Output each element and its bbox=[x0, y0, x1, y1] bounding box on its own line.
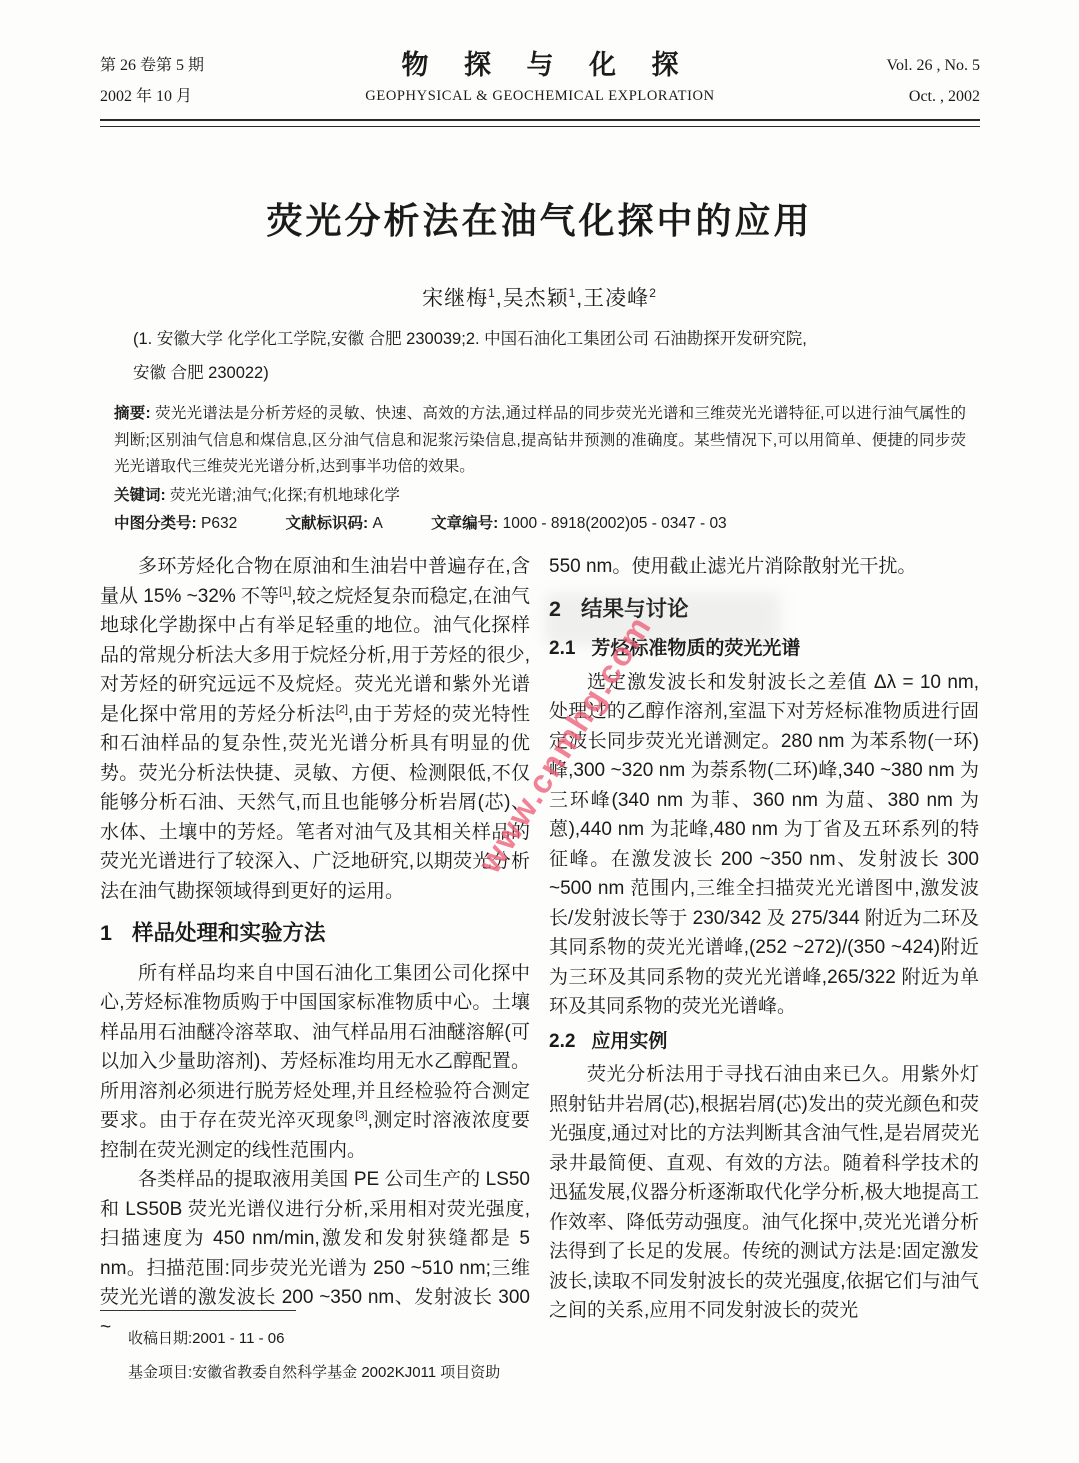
doc-code-value: A bbox=[372, 515, 382, 532]
received-value: 2001 - 11 - 06 bbox=[192, 1330, 284, 1347]
body-paragraph: 荧光分析法用于寻找石油由来已久。用紫外灯照射钻井岩屑(芯),根据岩屑(芯)发出的… bbox=[549, 1060, 979, 1326]
journal-title-cn: 物 探 与 化 探 bbox=[280, 50, 800, 80]
superscript-ref: 2 bbox=[649, 286, 657, 300]
issue-volume-cn: 第 26 卷第 5 期 bbox=[100, 50, 280, 81]
fund-line: 基金项目:安徽省教委自然科学基金 2002KJ011 项目资助 bbox=[128, 1356, 748, 1390]
clc-item: 中图分类号: P632 bbox=[114, 515, 237, 532]
subsection-heading: 2.2应用实例 bbox=[549, 1027, 979, 1057]
abstract-label: 摘要: bbox=[114, 405, 151, 422]
journal-title-block: 物 探 与 化 探 GEOPHYSICAL & GEOCHEMICAL EXPL… bbox=[280, 50, 800, 105]
clc-value: P632 bbox=[201, 515, 237, 532]
section-title: 结果与讨论 bbox=[581, 597, 689, 621]
text-run: 各类样品的提取液用美国 PE 公司生产的 LS50 和 LS50B 荧光光谱仪进… bbox=[100, 1169, 530, 1338]
abstract-paragraph: 摘要: 荧光光谱法是分析芳烃的灵敏、快速、高效的方法,通过样品的同步荧光光谱和三… bbox=[114, 401, 966, 481]
issue-date-en: Oct. , 2002 bbox=[800, 81, 980, 112]
body-columns: 多环芳烃化合物在原油和生油岩中普遍存在,含量从 15% ~32% 不等[1],较… bbox=[100, 552, 980, 1342]
paper-page: 第 26 卷第 5 期 2002 年 10 月 物 探 与 化 探 GEOPHY… bbox=[0, 0, 1079, 1463]
author-line: 宋继梅1,吴杰颖1,王凌峰2 bbox=[0, 282, 1079, 312]
footnotes: 收稿日期:2001 - 11 - 06 基金项目:安徽省教委自然科学基金 200… bbox=[128, 1322, 748, 1390]
fund-value: 安徽省教委自然科学基金 2002KJ011 项目资助 bbox=[192, 1364, 500, 1381]
section-title: 芳烃标准物质的荧光光谱 bbox=[591, 638, 800, 659]
subsection-heading: 2.1芳烃标准物质的荧光光谱 bbox=[549, 634, 979, 664]
body-paragraph: 多环芳烃化合物在原油和生油岩中普遍存在,含量从 15% ~32% 不等[1],较… bbox=[100, 552, 530, 906]
superscript-ref: 1 bbox=[488, 286, 496, 300]
section-number: 1 bbox=[100, 921, 112, 945]
meta-row: 中图分类号: P632 文献标识码: A 文章编号: 1000 - 8918(2… bbox=[114, 511, 966, 538]
received-label: 收稿日期: bbox=[128, 1330, 192, 1347]
section-heading: 2结果与讨论 bbox=[549, 595, 979, 625]
section-number: 2.2 bbox=[549, 1031, 575, 1052]
keywords-text: 荧光光谱;油气;化探;有机地球化学 bbox=[170, 487, 400, 504]
right-column: 550 nm。使用截止滤光片消除散射光干扰。2结果与讨论2.1芳烃标准物质的荧光… bbox=[549, 552, 979, 1342]
text-run: 选定激发波长和发射波长之差值 Δλ = 10 nm,处理过的乙醇作溶剂,室温下对… bbox=[549, 672, 979, 1018]
issue-info-en: Vol. 26 , No. 5 Oct. , 2002 bbox=[800, 50, 980, 112]
journal-header: 第 26 卷第 5 期 2002 年 10 月 物 探 与 化 探 GEOPHY… bbox=[100, 50, 980, 112]
issue-info: 第 26 卷第 5 期 2002 年 10 月 bbox=[100, 50, 280, 112]
clc-label: 中图分类号: bbox=[114, 515, 197, 532]
article-id-item: 文章编号: 1000 - 8918(2002)05 - 0347 - 03 bbox=[431, 515, 727, 532]
text-run: ,吴杰颖 bbox=[496, 287, 569, 310]
doc-code-label: 文献标识码: bbox=[286, 515, 369, 532]
section-heading: 1样品处理和实验方法 bbox=[100, 919, 530, 949]
body-paragraph: 550 nm。使用截止滤光片消除散射光干扰。 bbox=[549, 552, 979, 582]
journal-title-en: GEOPHYSICAL & GEOCHEMICAL EXPLORATION bbox=[280, 88, 800, 105]
text-run: ,由于芳烃的荧光特性和石油样品的复杂性,荧光光谱分析具有明显的优势。荧光分析法快… bbox=[100, 704, 530, 902]
keywords-row: 关键词: 荧光光谱;油气;化探;有机地球化学 bbox=[114, 483, 966, 510]
body-paragraph: 选定激发波长和发射波长之差值 Δλ = 10 nm,处理过的乙醇作溶剂,室温下对… bbox=[549, 668, 979, 1022]
superscript-ref: [1] bbox=[279, 585, 291, 597]
text-run: 550 nm。使用截止滤光片消除散射光干扰。 bbox=[549, 556, 916, 577]
text-run: 荧光分析法用于寻找石油由来已久。用紫外灯照射钻井岩屑(芯),根据岩屑(芯)发出的… bbox=[549, 1064, 979, 1321]
text-run: 宋继梅 bbox=[422, 287, 488, 310]
section-number: 2.1 bbox=[549, 638, 575, 659]
section-title: 样品处理和实验方法 bbox=[132, 921, 326, 945]
article-id-label: 文章编号: bbox=[431, 515, 498, 532]
doc-code-item: 文献标识码: A bbox=[286, 515, 383, 532]
text-run: ,王凌峰 bbox=[576, 287, 649, 310]
affiliation-line: (1. 安徽大学 化学化工学院,安徽 合肥 230039;2. 中国石油化工集团… bbox=[133, 322, 965, 356]
abstract-block: 摘要: 荧光光谱法是分析芳烃的灵敏、快速、高效的方法,通过样品的同步荧光光谱和三… bbox=[114, 401, 966, 538]
body-paragraph: 所有样品均来自中国石油化工集团公司化探中心,芳烃标准物质购于中国国家标准物质中心… bbox=[100, 959, 530, 1166]
text-run: 所有样品均来自中国石油化工集团公司化探中心,芳烃标准物质购于中国国家标准物质中心… bbox=[100, 963, 530, 1132]
section-number: 2 bbox=[549, 597, 561, 621]
header-double-rule bbox=[100, 119, 980, 127]
article-id-value: 1000 - 8918(2002)05 - 0347 - 03 bbox=[503, 515, 727, 532]
issue-volume-en: Vol. 26 , No. 5 bbox=[800, 50, 980, 81]
received-date-line: 收稿日期:2001 - 11 - 06 bbox=[128, 1322, 748, 1356]
affiliation-line: 安徽 合肥 230022) bbox=[133, 356, 965, 390]
superscript-ref: [2] bbox=[336, 703, 348, 715]
superscript-ref: [3] bbox=[355, 1110, 367, 1122]
left-column: 多环芳烃化合物在原油和生油岩中普遍存在,含量从 15% ~32% 不等[1],较… bbox=[100, 552, 530, 1342]
abstract-text: 荧光光谱法是分析芳烃的灵敏、快速、高效的方法,通过样品的同步荧光光谱和三维荧光光… bbox=[114, 405, 966, 475]
fund-label: 基金项目: bbox=[128, 1364, 192, 1381]
issue-date-cn: 2002 年 10 月 bbox=[100, 81, 280, 112]
section-title: 应用实例 bbox=[591, 1031, 667, 1052]
body-paragraph: 各类样品的提取液用美国 PE 公司生产的 LS50 和 LS50B 荧光光谱仪进… bbox=[100, 1165, 530, 1342]
keywords-label: 关键词: bbox=[114, 487, 166, 504]
footnote-rule bbox=[100, 1310, 296, 1311]
page-title: 荧光分析法在油气化探中的应用 bbox=[0, 193, 1079, 244]
affiliation: (1. 安徽大学 化学化工学院,安徽 合肥 230039;2. 中国石油化工集团… bbox=[133, 322, 965, 390]
